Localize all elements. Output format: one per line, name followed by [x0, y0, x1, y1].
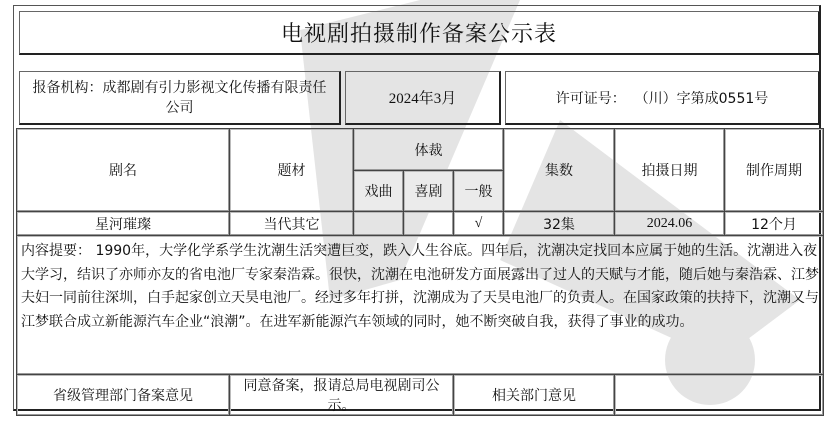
- related-dept-label: 相关部门意见: [454, 375, 615, 416]
- header-cycle: 制作周期: [725, 129, 824, 212]
- episode-count: 32集: [504, 212, 615, 236]
- page-title: 电视剧拍摄制作备案公示表: [19, 11, 820, 55]
- report-date-cell: 2024年3月: [345, 71, 501, 125]
- header-episodes: 集数: [504, 129, 615, 212]
- genre-general-mark: √: [454, 212, 504, 236]
- table-row: 星河璀璨 当代其它 √ 32集 2024.06 12个月: [17, 212, 824, 236]
- license-value: （川）字第成0551号: [635, 88, 769, 108]
- header-genre: 体裁: [354, 129, 504, 171]
- org-value: 成都剧有引力影视文化传播有限责任公司: [103, 80, 327, 116]
- content-summary: 内容提要： 1990年，大学化学系学生沈潮生活突遭巨变，跌入人生谷底。四年后，沈…: [17, 236, 824, 375]
- drama-name: 星河璀璨: [17, 212, 230, 236]
- header-genre-opera: 戏曲: [354, 171, 404, 212]
- header-subject: 题材: [230, 129, 354, 212]
- related-dept-opinion: [615, 375, 824, 416]
- reporting-org-cell: 报备机构：成都剧有引力影视文化传播有限责任公司: [19, 71, 341, 125]
- header-genre-general: 一般: [454, 171, 504, 212]
- summary-label: 内容提要：: [21, 243, 91, 259]
- header-genre-comedy: 喜剧: [404, 171, 454, 212]
- header-name: 剧名: [17, 129, 230, 212]
- provincial-opinion-label: 省级管理部门备案意见: [17, 375, 230, 416]
- provincial-opinion: 同意备案，报请总局电视剧司公示。: [230, 375, 454, 416]
- license-label: 许可证号：: [556, 88, 626, 108]
- genre-opera-mark: [354, 212, 404, 236]
- header-shoot-date: 拍摄日期: [615, 129, 725, 212]
- license-cell: 许可证号： （川）字第成0551号: [505, 71, 820, 125]
- report-date: 2024年3月: [389, 87, 457, 108]
- filing-table: 剧名 题材 体裁 集数 拍摄日期 制作周期 戏曲 喜剧 一般 星河璀璨 当代其它…: [16, 128, 824, 416]
- shoot-date: 2024.06: [615, 212, 725, 236]
- org-label: 报备机构：: [33, 80, 103, 96]
- production-cycle: 12个月: [725, 212, 824, 236]
- episode-count-text: 32集: [543, 217, 575, 233]
- summary-text: 1990年，大学化学系学生沈潮生活突遭巨变，跌入人生谷底。四年后，沈潮决定找回本…: [21, 243, 819, 330]
- genre-comedy-mark: [404, 212, 454, 236]
- drama-subject: 当代其它: [230, 212, 354, 236]
